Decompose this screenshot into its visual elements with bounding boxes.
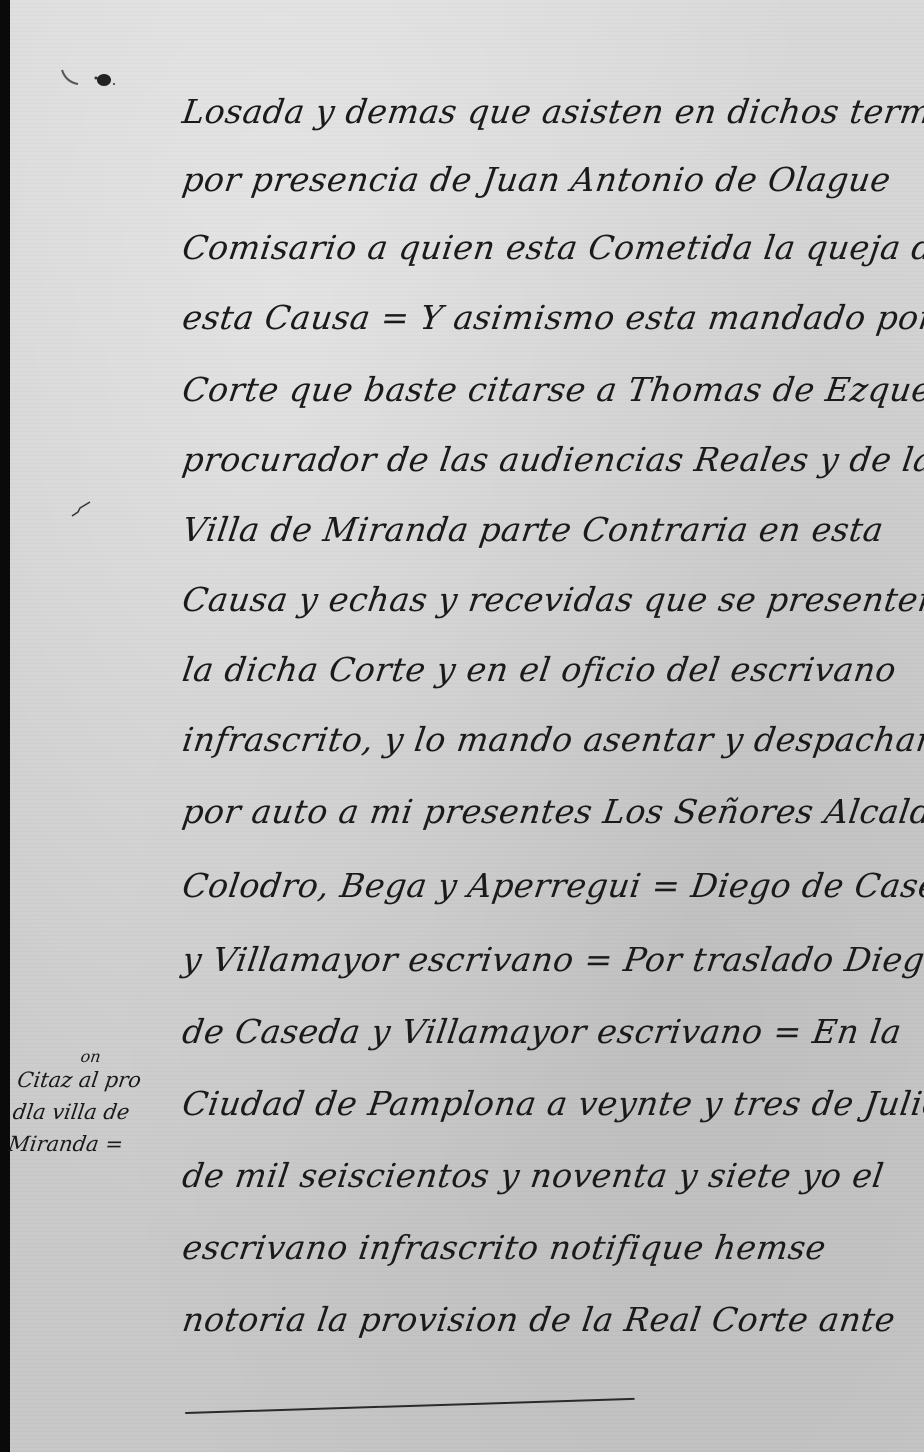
text-line-5: Corte que baste citarse a Thomas de Ezqu… xyxy=(180,370,924,409)
text-line-15: Ciudad de Pamplona a veynte y tres de Ju… xyxy=(180,1084,924,1123)
text-line-2: por presencia de Juan Antonio de Olague xyxy=(180,160,893,199)
scan-border xyxy=(0,0,10,1452)
margin-note-superscript: on xyxy=(20,1050,192,1064)
text-line-13: y Villamayor escrivano = Por traslado Di… xyxy=(180,940,924,979)
text-line-7: Villa de Miranda parte Contraria en esta xyxy=(180,510,886,549)
margin-note-line-1: Citaz al pro xyxy=(15,1064,189,1096)
margin-note-line-3: Miranda = xyxy=(6,1128,180,1160)
closing-rule xyxy=(185,1398,635,1414)
manuscript-page: Losada y demas que asisten en dichos ter… xyxy=(0,0,924,1452)
text-line-17: escrivano infrascrito notifique hemse xyxy=(180,1228,829,1267)
ink-blot-icon xyxy=(60,62,120,92)
text-line-12: Colodro, Bega y Aperregui = Diego de Cas… xyxy=(180,866,924,905)
stray-mark-icon xyxy=(70,500,92,520)
text-line-16: de mil seiscientos y noventa y siete yo … xyxy=(180,1156,886,1195)
text-line-18: notoria la provision de la Real Corte an… xyxy=(180,1300,898,1339)
text-line-10: infrascrito, y lo mando asentar y despac… xyxy=(180,720,924,759)
text-line-4: esta Causa = Y asimismo esta mandado por… xyxy=(180,298,924,337)
text-line-6: procurador de las audiencias Reales y de… xyxy=(180,440,924,479)
text-line-1: Losada y demas que asisten en dichos ter… xyxy=(180,92,924,131)
text-line-14: de Caseda y Villamayor escrivano = En la xyxy=(180,1012,904,1051)
text-line-9: la dicha Corte y en el oficio del escriv… xyxy=(180,650,899,689)
text-line-3: Comisario a quien esta Cometida la queja… xyxy=(180,228,924,267)
margin-note-line-2: dla villa de xyxy=(11,1096,185,1128)
text-line-11: por auto a mi presentes Los Señores Alca… xyxy=(180,792,924,831)
text-line-8: Causa y echas y recevidas que se present… xyxy=(180,580,924,619)
margin-note: on Citaz al pro dla villa de Miranda = xyxy=(6,1050,191,1160)
